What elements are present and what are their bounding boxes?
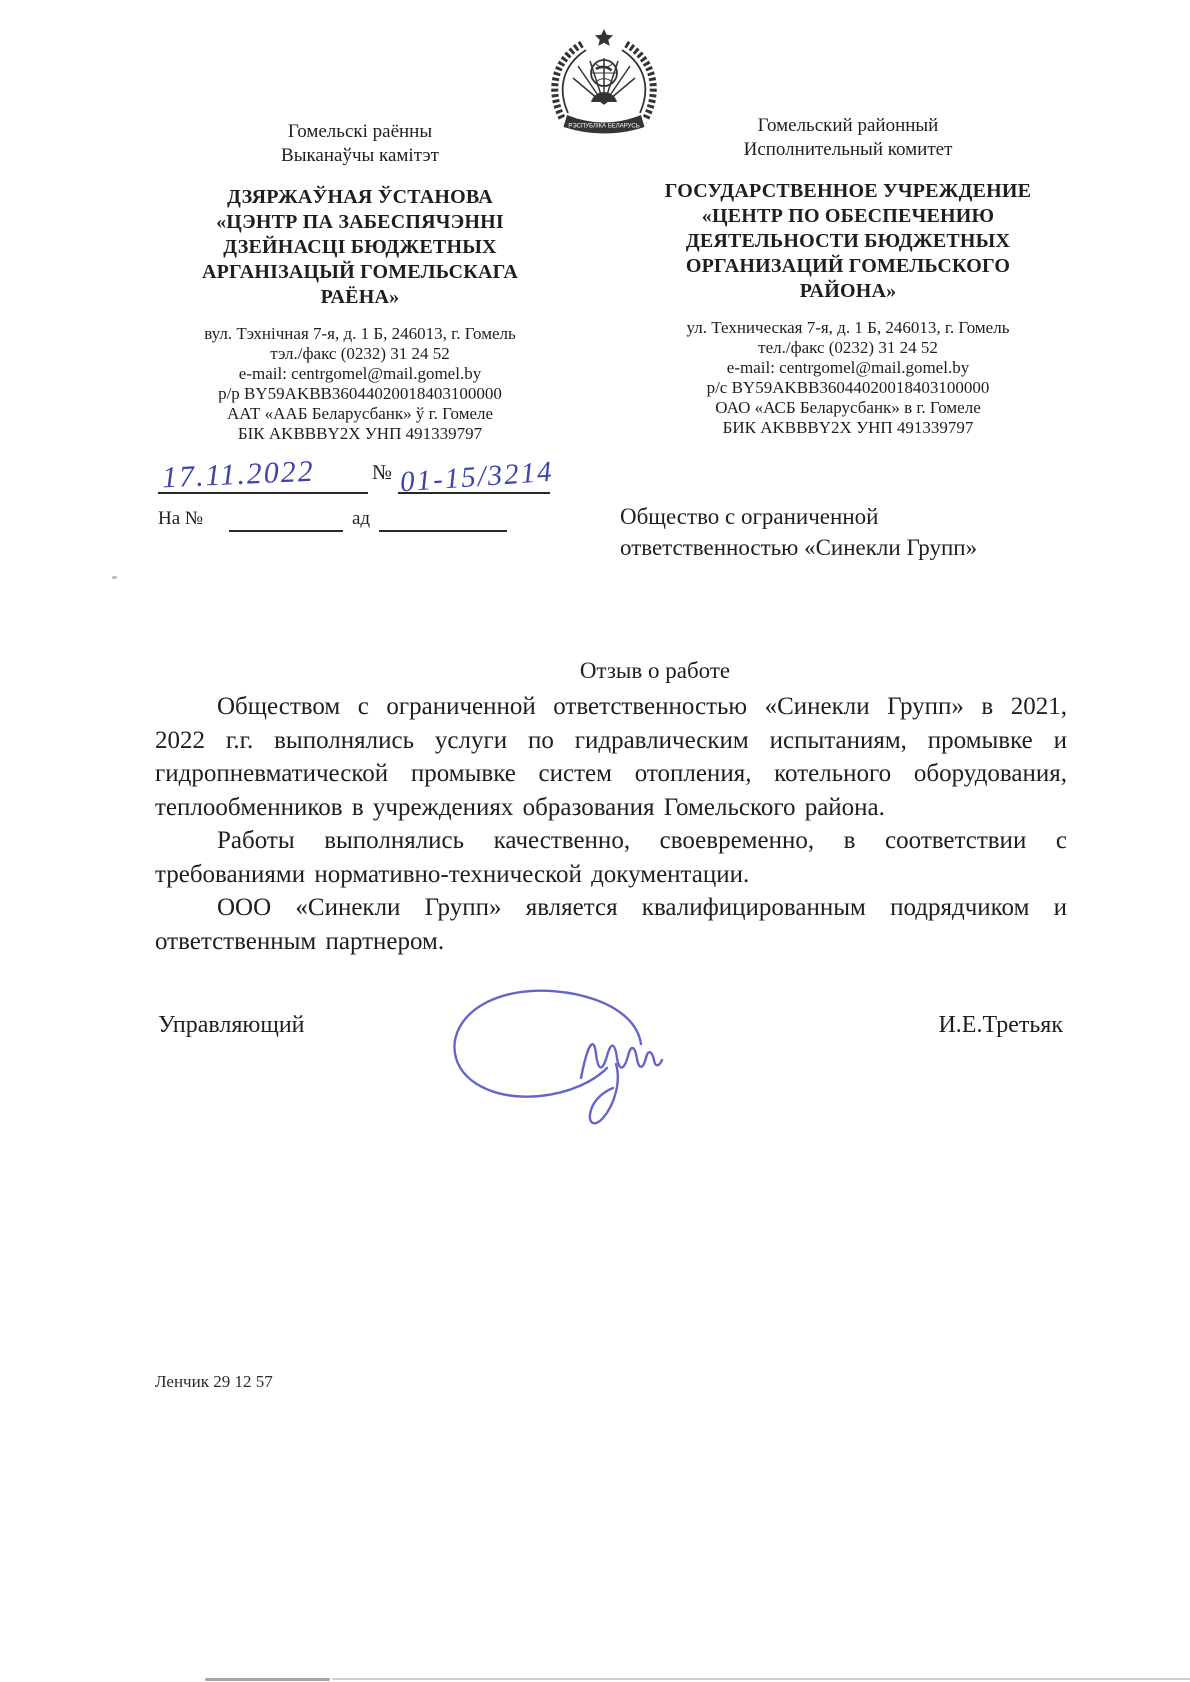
body-paragraph: Работы выполнялись качественно, своеврем… bbox=[155, 824, 1067, 891]
emblem-star bbox=[595, 29, 613, 46]
committee-name-ru: Гомельский районный Исполнительный комит… bbox=[628, 114, 1068, 162]
document-title: Отзыв о работе bbox=[180, 658, 1130, 684]
executor-note: Ленчик 29 12 57 bbox=[155, 1372, 273, 1392]
organization-name-ru: ГОСУДАРСТВЕННОЕ УЧРЕЖДЕНИЕ «ЦЕНТР ПО ОБЕ… bbox=[628, 179, 1068, 304]
scan-edge-artifact bbox=[205, 1678, 330, 1681]
letterhead-left-column: Гомельскі раённы Выканаўчы камітэт ДЗЯРЖ… bbox=[148, 120, 572, 444]
reply-from-label: ад bbox=[352, 508, 370, 530]
letterhead-right-column: Гомельский районный Исполнительный комит… bbox=[628, 114, 1068, 438]
handwritten-date: 17.11.2022 bbox=[161, 455, 315, 496]
reply-to-number-label: На № bbox=[158, 508, 203, 530]
letter-body: Обществом с ограниченной ответственность… bbox=[155, 690, 1067, 958]
scan-edge-artifact bbox=[332, 1678, 1190, 1680]
reply-number-underline bbox=[229, 506, 343, 532]
signer-name: И.Е.Третьяк bbox=[938, 1012, 1063, 1039]
committee-name-by: Гомельскі раённы Выканаўчы камітэт bbox=[148, 120, 572, 168]
handwritten-outgoing-number: 01-15/3214 bbox=[399, 456, 555, 500]
number-sign-label: № bbox=[372, 460, 392, 485]
body-paragraph: ООО «Синекли Групп» является квалифициро… bbox=[155, 891, 1067, 958]
scan-speck bbox=[112, 576, 117, 579]
addressee-block: Общество с ограниченной ответственностью… bbox=[620, 501, 1080, 563]
organization-contacts-by: вул. Тэхнічная 7-я, д. 1 Б, 246013, г. Г… bbox=[148, 324, 572, 444]
body-paragraph: Обществом с ограниченной ответственность… bbox=[155, 690, 1067, 824]
handwritten-signature-ink bbox=[443, 980, 695, 1132]
scanned-letter-page: РЭСПУБЛІКА БЕЛАРУСЬ Гомельскі раённы Вык… bbox=[0, 0, 1190, 1682]
number-underline: 01-15/3214 bbox=[398, 448, 550, 494]
signer-role: Управляющий bbox=[158, 1012, 305, 1039]
reply-date-underline bbox=[379, 506, 507, 532]
date-underline: 17.11.2022 bbox=[158, 448, 368, 494]
organization-name-by: ДЗЯРЖАЎНАЯ ЎСТАНОВА «ЦЭНТР ПА ЗАБЕСПЯЧЭН… bbox=[148, 185, 572, 310]
organization-contacts-ru: ул. Техническая 7-я, д. 1 Б, 246013, г. … bbox=[628, 318, 1068, 438]
